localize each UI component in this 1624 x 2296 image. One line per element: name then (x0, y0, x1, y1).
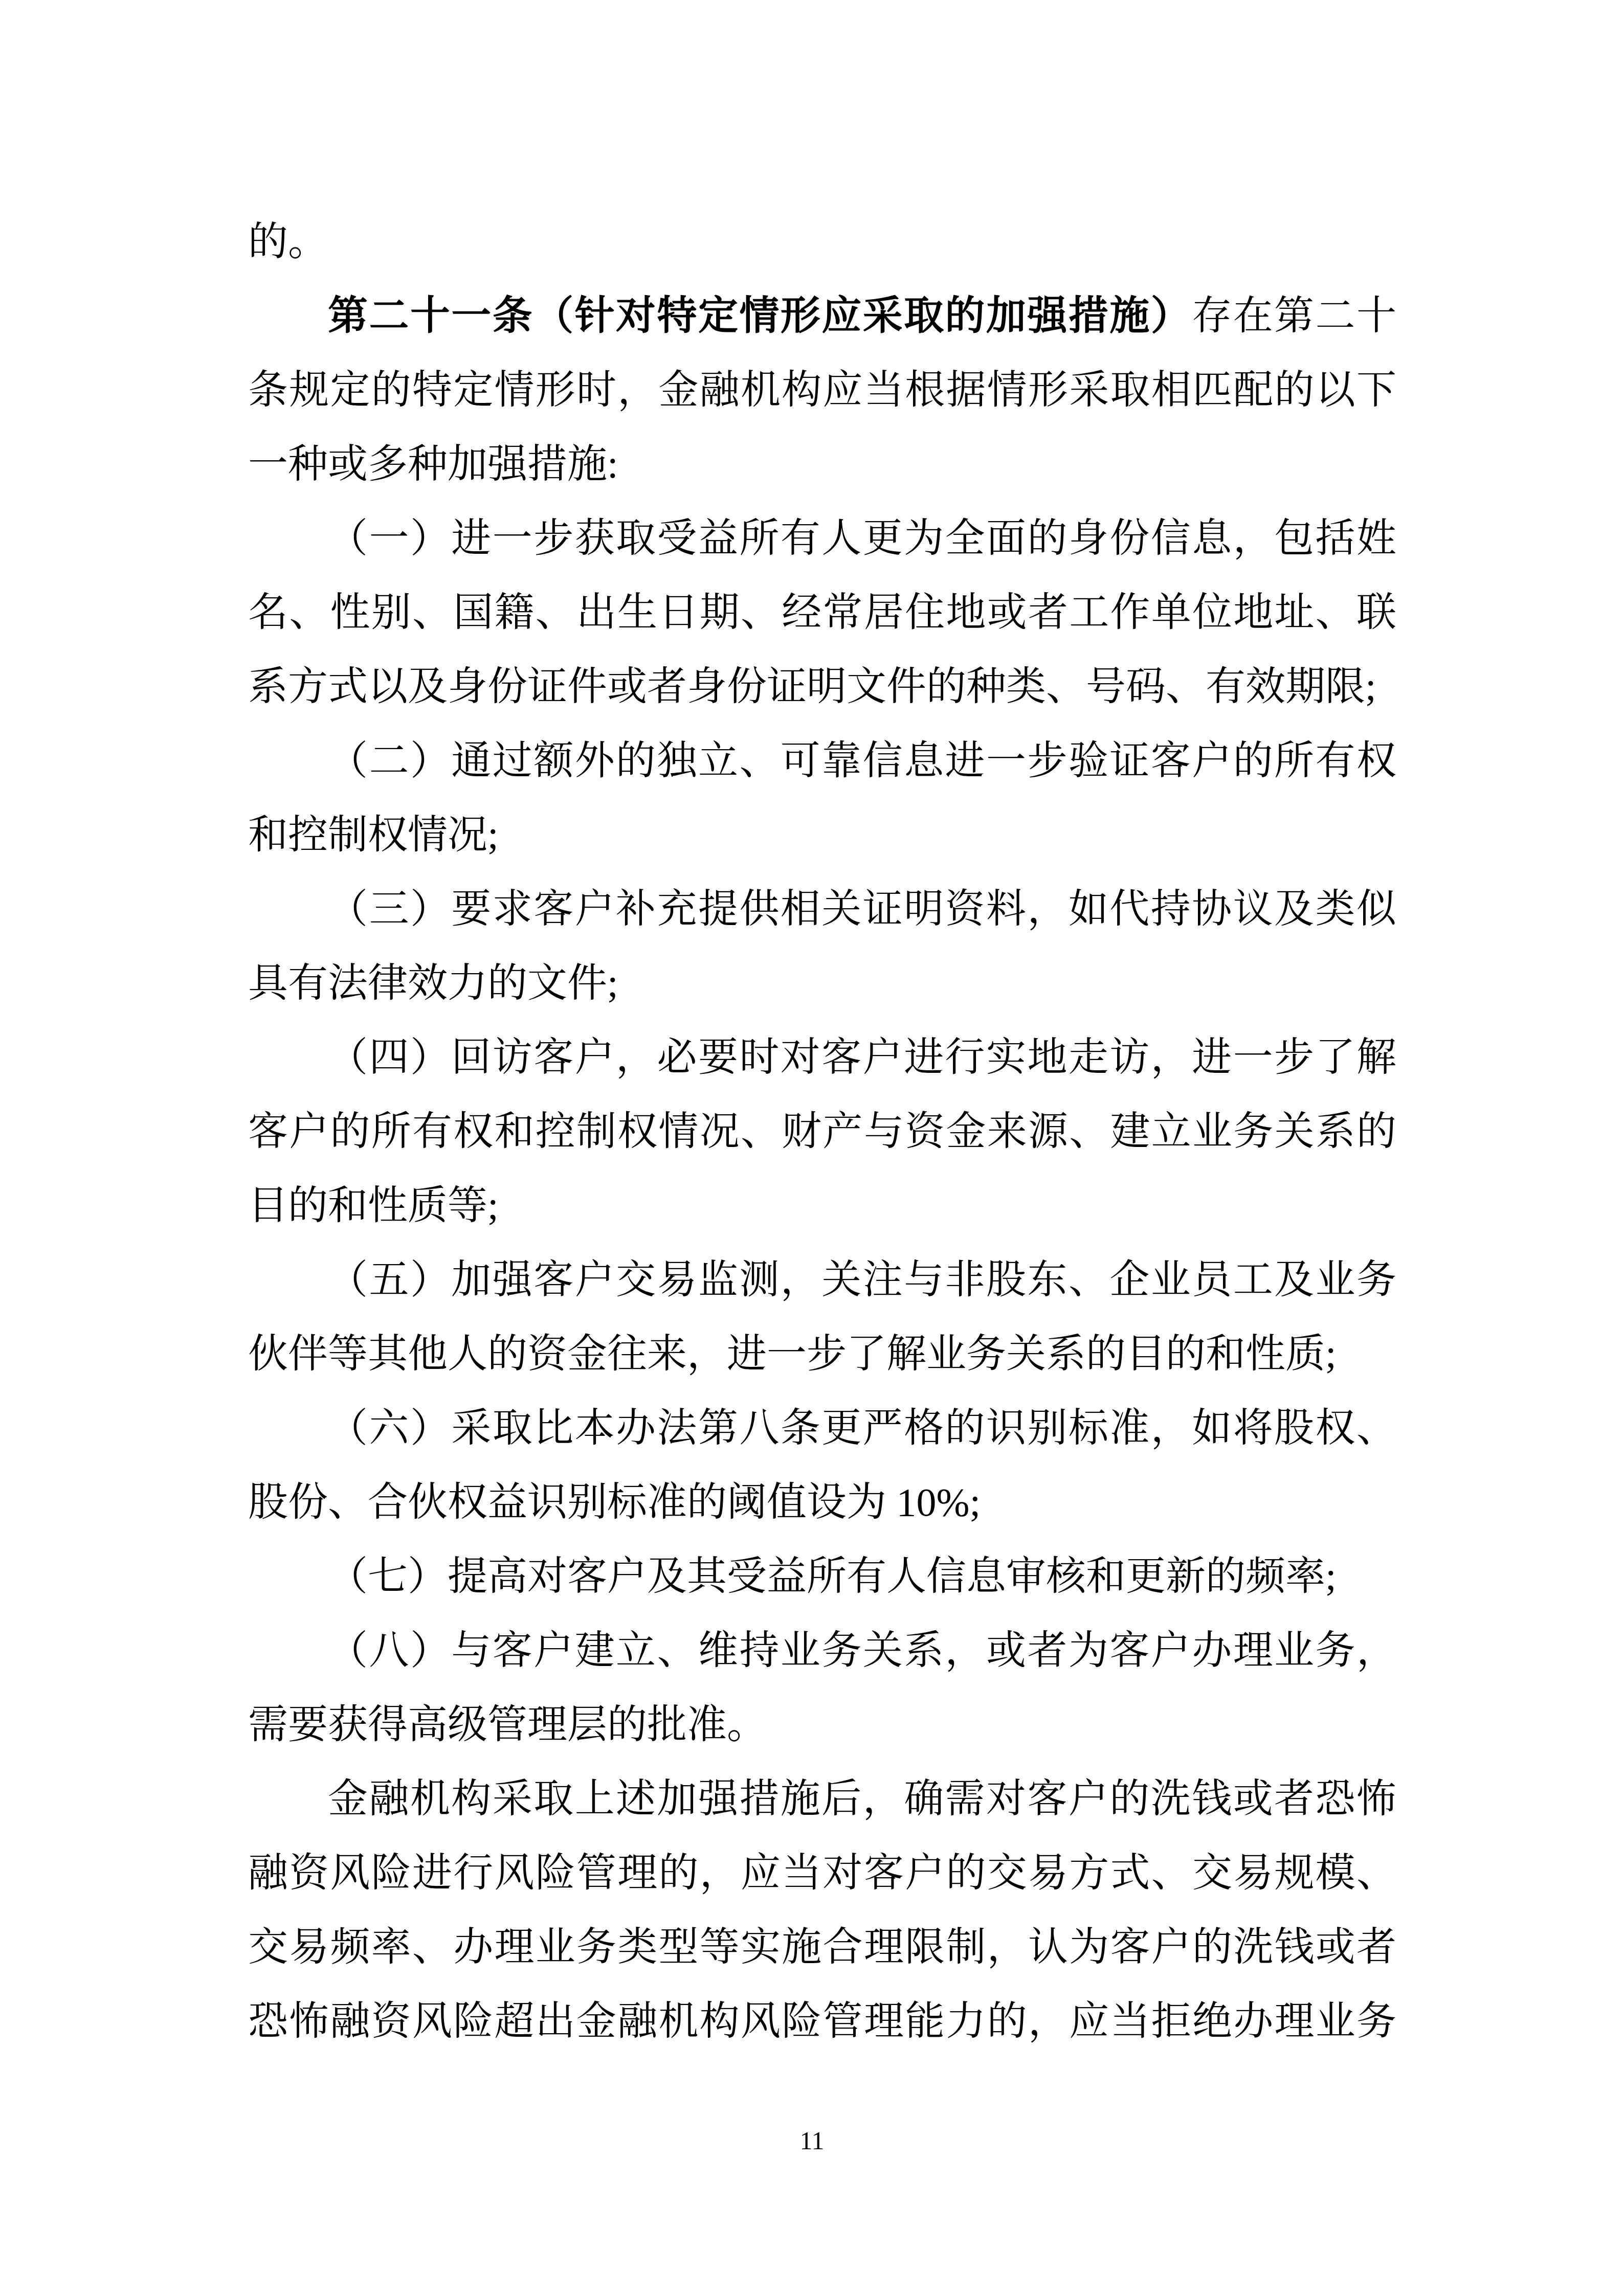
page-number: 11 (0, 2125, 1624, 2156)
doc-line: 股份、合伙权益识别标准的阈值设为 10%; (248, 1465, 1396, 1539)
doc-line-item-7: （七）提高对客户及其受益所有人信息审核和更新的频率; (248, 1539, 1396, 1613)
doc-line: 需要获得高级管理层的批准。 (248, 1687, 1396, 1762)
document-body: 的。 第二十一条（针对特定情形应采取的加强措施）存在第二十 条规定的特定情形时，… (248, 205, 1396, 2058)
document-page: 的。 第二十一条（针对特定情形应采取的加强措施）存在第二十 条规定的特定情形时，… (0, 0, 1624, 2296)
article-21-heading-rest: 存在第二十 (1192, 294, 1396, 338)
doc-line: 目的和性质等; (248, 1168, 1396, 1243)
doc-line-continuation: 的。 (248, 205, 1396, 279)
doc-line: 伙伴等其他人的资金往来，进一步了解业务关系的目的和性质; (248, 1317, 1396, 1391)
doc-line-item-2: （二）通过额外的独立、可靠信息进一步验证客户的所有权 (248, 724, 1396, 798)
doc-line: 条规定的特定情形时，金融机构应当根据情形采取相匹配的以下 (248, 353, 1396, 427)
article-21-heading-bold: 第二十一条（针对特定情形应采取的加强措施） (328, 294, 1192, 338)
doc-line-item-8: （八）与客户建立、维持业务关系，或者为客户办理业务， (248, 1613, 1396, 1687)
article-21-heading-line: 第二十一条（针对特定情形应采取的加强措施）存在第二十 (248, 279, 1396, 353)
doc-line-item-6: （六）采取比本办法第八条更严格的识别标准，如将股权、 (248, 1391, 1396, 1465)
doc-line: 客户的所有权和控制权情况、财产与资金来源、建立业务关系的 (248, 1094, 1396, 1168)
doc-line: 金融机构采取上述加强措施后，确需对客户的洗钱或者恐怖 (248, 1762, 1396, 1836)
doc-line: 融资风险进行风险管理的，应当对客户的交易方式、交易规模、 (248, 1836, 1396, 1910)
doc-line: 恐怖融资风险超出金融机构风险管理能力的，应当拒绝办理业务 (248, 1984, 1396, 2058)
doc-line-item-1: （一）进一步获取受益所有人更为全面的身份信息，包括姓 (248, 501, 1396, 575)
doc-line-item-4: （四）回访客户，必要时对客户进行实地走访，进一步了解 (248, 1020, 1396, 1094)
doc-line: 具有法律效力的文件; (248, 946, 1396, 1020)
doc-line: 和控制权情况; (248, 798, 1396, 872)
doc-line-item-5: （五）加强客户交易监测，关注与非股东、企业员工及业务 (248, 1243, 1396, 1317)
doc-line: 交易频率、办理业务类型等实施合理限制，认为客户的洗钱或者 (248, 1910, 1396, 1984)
doc-line: 一种或多种加强措施: (248, 427, 1396, 501)
doc-line: 系方式以及身份证件或者身份证明文件的种类、号码、有效期限; (248, 649, 1396, 724)
doc-line-item-3: （三）要求客户补充提供相关证明资料，如代持协议及类似 (248, 872, 1396, 946)
doc-line: 名、性别、国籍、出生日期、经常居住地或者工作单位地址、联 (248, 575, 1396, 649)
